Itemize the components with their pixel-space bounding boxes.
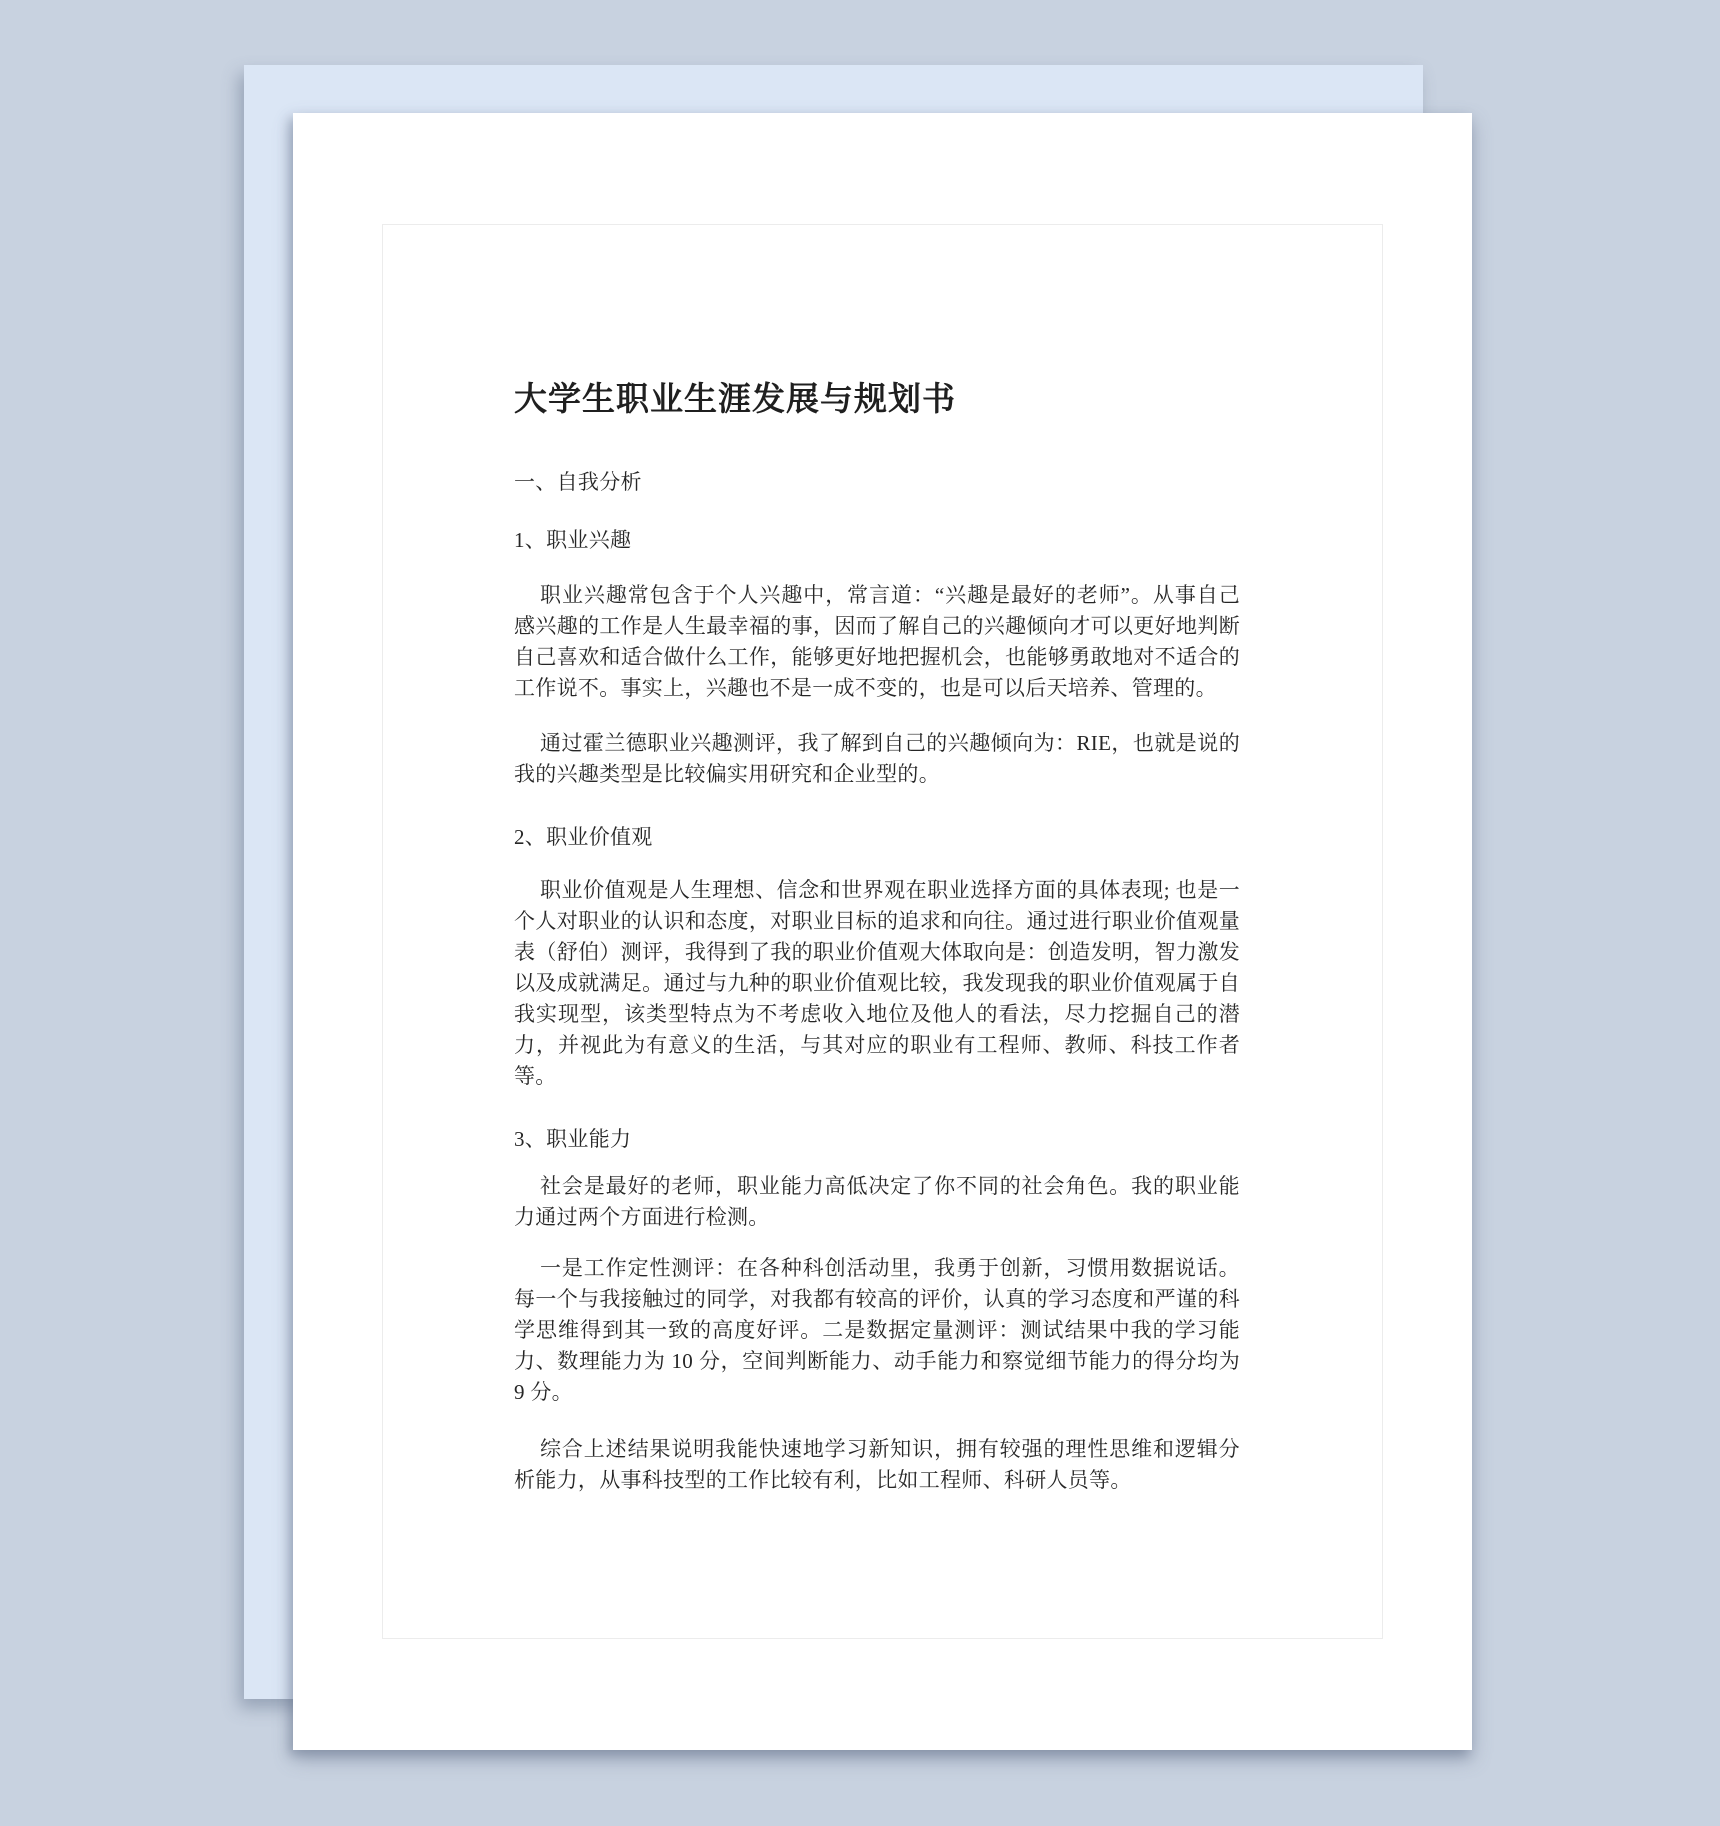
document-preview-canvas: 大学生职业生涯发展与规划书 一、自我分析 1、职业兴趣 职业兴趣常包含于个人兴趣… xyxy=(0,0,1720,1826)
document-title: 大学生职业生涯发展与规划书 xyxy=(514,379,954,421)
paragraph-career-interest-2: 通过霍兰德职业兴趣测评，我了解到自己的兴趣倾向为：RIE，也就是说的我的兴趣类型… xyxy=(514,728,1240,790)
paragraph-career-ability-1: 社会是最好的老师，职业能力高低决定了你不同的社会角色。我的职业能力通过两个方面进… xyxy=(514,1171,1240,1233)
paragraph-career-ability-2: 一是工作定性测评：在各种科创活动里，我勇于创新，习惯用数据说话。每一个与我接触过… xyxy=(514,1253,1240,1408)
paragraph-career-values: 职业价值观是人生理想、信念和世界观在职业选择方面的具体表现; 也是一个人对职业的… xyxy=(514,875,1240,1092)
subsection-heading-career-values: 2、职业价值观 xyxy=(514,822,1240,853)
document-page: 大学生职业生涯发展与规划书 一、自我分析 1、职业兴趣 职业兴趣常包含于个人兴趣… xyxy=(293,113,1472,1750)
section-heading-self-analysis: 一、自我分析 xyxy=(514,467,1240,498)
paragraph-career-interest-1: 职业兴趣常包含于个人兴趣中，常言道：“兴趣是最好的老师”。从事自己感兴趣的工作是… xyxy=(514,580,1240,704)
subsection-heading-career-interest: 1、职业兴趣 xyxy=(514,525,1240,556)
document-body: 一、自我分析 1、职业兴趣 职业兴趣常包含于个人兴趣中，常言道：“兴趣是最好的老… xyxy=(514,467,1240,1496)
subsection-heading-career-ability: 3、职业能力 xyxy=(514,1124,1240,1155)
paragraph-career-ability-summary: 综合上述结果说明我能快速地学习新知识，拥有较强的理性思维和逻辑分析能力，从事科技… xyxy=(514,1434,1240,1496)
